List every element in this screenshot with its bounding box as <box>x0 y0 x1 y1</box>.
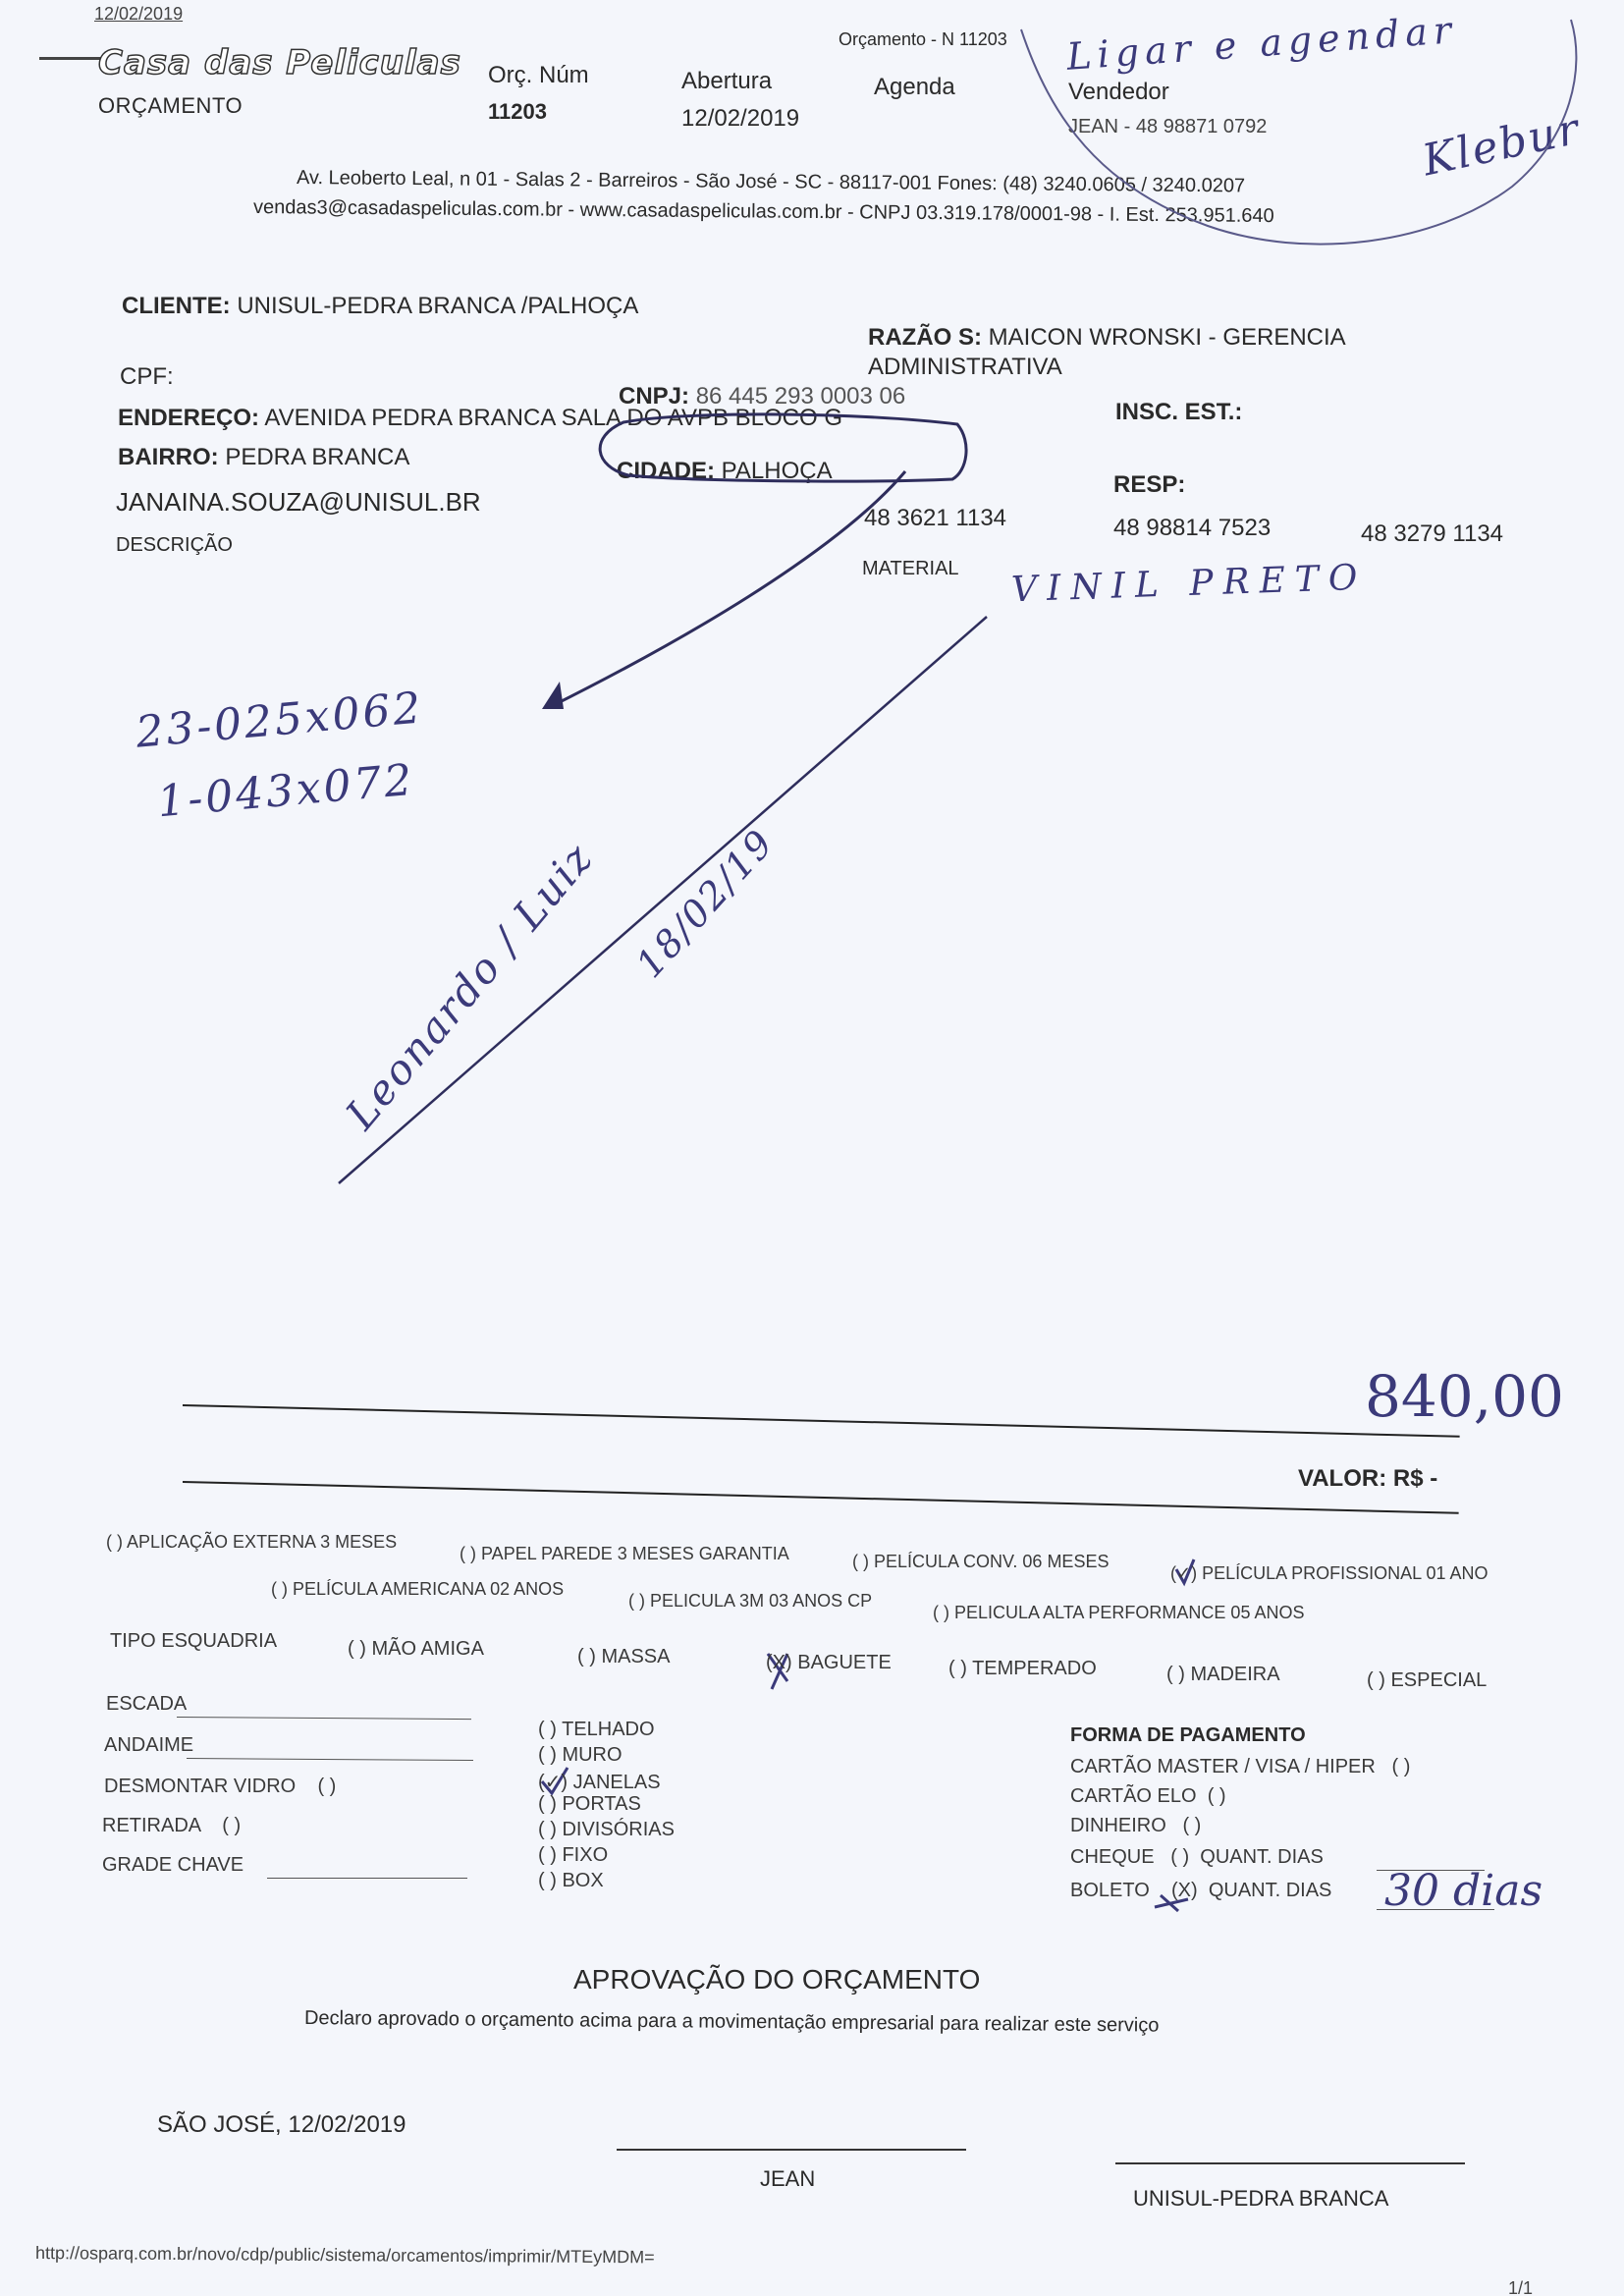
company-address: Av. Leoberto Leal, n 01 - Salas 2 - Barr… <box>297 167 1245 197</box>
option-portas[interactable]: ( ) PORTAS <box>538 1793 641 1816</box>
measurement-1: 23-025x062 <box>134 683 425 757</box>
option-label: APLICAÇÃO EXTERNA 3 MESES <box>127 1532 397 1552</box>
place-date: SÃO JOSÉ, 12/02/2019 <box>157 2111 406 2139</box>
checkbox-mark[interactable]: ( ) <box>1367 1669 1385 1691</box>
checkbox-mark[interactable]: ( ) <box>948 1658 967 1679</box>
payment-cartao-elo[interactable]: CARTÃO ELO ( ) <box>1070 1785 1226 1808</box>
option-label: PELÍCULA CONV. 06 MESES <box>874 1552 1109 1571</box>
orc-num-value: 11203 <box>488 99 547 125</box>
option-aplicacao-externa[interactable]: ( ) APLICAÇÃO EXTERNA 3 MESES <box>106 1532 397 1553</box>
option-label: PELICULA ALTA PERFORMANCE 05 ANOS <box>954 1603 1304 1622</box>
cidade-value: PALHOÇA <box>722 458 833 484</box>
payment-title: FORMA DE PAGAMENTO <box>1070 1724 1306 1747</box>
checkbox-mark[interactable]: ( ) <box>460 1544 476 1563</box>
option-label: PELICULA 3M 03 ANOS CP <box>650 1591 872 1611</box>
client-phone-3: 48 3279 1134 <box>1361 520 1503 548</box>
option-pelicula-profissional[interactable]: (✓) PELÍCULA PROFISSIONAL 01 ANO <box>1170 1563 1489 1584</box>
material-label: MATERIAL <box>862 558 959 580</box>
handwritten-note-name: Klebur <box>1418 104 1585 187</box>
option-label: MURO <box>562 1744 622 1766</box>
cliente-field: CLIENTE: UNISUL-PEDRA BRANCA /PALHOÇA <box>122 293 638 320</box>
installer-signature: Leonardo / Luiz <box>336 834 602 1138</box>
razao-value-cont: ADMINISTRATIVA <box>868 354 1062 381</box>
checkbox-mark[interactable]: ( ) <box>852 1552 869 1571</box>
option-muro[interactable]: ( ) MURO <box>538 1744 623 1767</box>
checkbox-mark[interactable]: ( ) <box>538 1870 557 1891</box>
payment-boleto[interactable]: BOLETO (X) QUANT. DIAS <box>1070 1880 1331 1902</box>
option-janelas[interactable]: (✓) JANELAS <box>538 1770 661 1794</box>
option-label: DIVISÓRIAS <box>562 1819 674 1840</box>
checkbox-mark[interactable]: ( ) <box>538 1719 557 1740</box>
checkbox-mark-checked[interactable]: (✓) <box>1170 1563 1197 1583</box>
option-especial[interactable]: ( ) ESPECIAL <box>1367 1669 1487 1692</box>
checkbox-mark[interactable]: ( ) <box>348 1638 366 1660</box>
cpf-label: CPF: <box>120 363 174 391</box>
cliente-label: CLIENTE: <box>122 293 231 319</box>
retirada-label: RETIRADA <box>102 1815 200 1836</box>
grade-chave-label: GRADE CHAVE <box>102 1854 244 1877</box>
checkbox-mark[interactable]: ( ) <box>538 1793 557 1815</box>
strike-mark <box>39 57 106 60</box>
option-label: TELHADO <box>562 1719 654 1740</box>
boleto-days-handwritten: 30 dias <box>1384 1866 1543 1916</box>
razao-value: MAICON WRONSKI - GERENCIA <box>989 324 1346 351</box>
document-type: ORÇAMENTO <box>98 93 243 119</box>
payment-cartao-master[interactable]: CARTÃO MASTER / VISA / HIPER ( ) <box>1070 1756 1410 1778</box>
signer-seller: JEAN <box>760 2166 815 2192</box>
checkbox-mark[interactable]: ( ) <box>317 1776 336 1797</box>
andaime-input-line[interactable] <box>187 1758 473 1761</box>
checkbox-mark[interactable]: ( ) <box>538 1819 557 1840</box>
orc-num-label: Orç. Núm <box>488 62 589 89</box>
option-madeira[interactable]: ( ) MADEIRA <box>1166 1664 1280 1686</box>
cidade-field: CIDADE: PALHOÇA <box>617 458 833 485</box>
cidade-label: CIDADE: <box>617 458 715 484</box>
budget-reference: Orçamento - N 11203 <box>839 29 1007 50</box>
option-label: PORTAS <box>562 1793 640 1815</box>
checkbox-mark[interactable]: ( ) <box>577 1646 596 1667</box>
option-label: ESPECIAL <box>1390 1669 1487 1691</box>
signature-date: 18/02/19 <box>627 821 783 986</box>
checkbox-mark[interactable]: ( ) <box>933 1603 949 1622</box>
checkbox-mark[interactable]: ( ) <box>1182 1815 1201 1836</box>
client-email: JANAINA.SOUZA@UNISUL.BR <box>116 487 481 518</box>
payment-label: BOLETO <box>1070 1880 1150 1901</box>
signature-line-client[interactable] <box>1115 2162 1465 2164</box>
option-pelicula-alta-performance[interactable]: ( ) PELICULA ALTA PERFORMANCE 05 ANOS <box>933 1603 1304 1623</box>
option-mao-amiga[interactable]: ( ) MÃO AMIGA <box>348 1638 484 1661</box>
bairro-value: PEDRA BRANCA <box>225 444 409 470</box>
cliente-value: UNISUL-PEDRA BRANCA /PALHOÇA <box>237 293 638 319</box>
andaime-label: ANDAIME <box>104 1734 193 1757</box>
payment-label: CARTÃO ELO <box>1070 1785 1197 1807</box>
escada-input-line[interactable] <box>177 1717 471 1720</box>
option-temperado[interactable]: ( ) TEMPERADO <box>948 1658 1097 1680</box>
desmontar-label: DESMONTAR VIDRO <box>104 1776 296 1797</box>
option-papel-parede[interactable]: ( ) PAPEL PAREDE 3 MESES GARANTIA <box>460 1544 789 1564</box>
option-label: PELÍCULA PROFISSIONAL 01 ANO <box>1202 1563 1488 1583</box>
escada-label: ESCADA <box>106 1693 187 1716</box>
checkbox-mark-checked[interactable]: (✓) <box>538 1772 568 1793</box>
option-divisorias[interactable]: ( ) DIVISÓRIAS <box>538 1819 675 1841</box>
quant-dias-label: QUANT. DIAS <box>1209 1880 1332 1901</box>
esquadria-label: TIPO ESQUADRIA <box>110 1630 277 1653</box>
option-pelicula-americana[interactable]: ( ) PELÍCULA AMERICANA 02 ANOS <box>271 1579 564 1600</box>
option-telhado[interactable]: ( ) TELHADO <box>538 1719 655 1741</box>
handwritten-amount: 840,00 <box>1365 1363 1564 1430</box>
quant-dias-label: QUANT. DIAS <box>1200 1846 1324 1868</box>
option-fixo[interactable]: ( ) FIXO <box>538 1844 608 1867</box>
checkbox-mark[interactable]: ( ) <box>1391 1756 1410 1777</box>
option-label: PAPEL PAREDE 3 MESES GARANTIA <box>481 1544 789 1563</box>
resp-label: RESP: <box>1113 471 1185 499</box>
payment-label: DINHEIRO <box>1070 1815 1166 1836</box>
print-date: 12/02/2019 <box>94 4 183 25</box>
insc-est-label: INSC. EST.: <box>1115 399 1242 426</box>
checkbox-mark[interactable]: ( ) <box>1170 1846 1189 1868</box>
payment-dinheiro[interactable]: DINHEIRO ( ) <box>1070 1815 1201 1837</box>
approval-title: APROVAÇÃO DO ORÇAMENTO <box>573 1964 980 1995</box>
company-contact: vendas3@casadaspeliculas.com.br - www.ca… <box>253 196 1274 228</box>
option-label: MADEIRA <box>1190 1664 1279 1685</box>
desmontar-vidro-field[interactable]: DESMONTAR VIDRO ( ) <box>104 1776 336 1798</box>
checkbox-mark[interactable]: ( ) <box>106 1532 123 1552</box>
measurement-2: 1-043x072 <box>155 755 416 828</box>
checkbox-mark[interactable]: ( ) <box>538 1744 557 1766</box>
option-baguete[interactable]: (X) BAGUETE <box>766 1652 892 1674</box>
checkbox-mark-checked[interactable]: (X) <box>766 1652 792 1673</box>
ink-annotations <box>0 0 1624 2296</box>
option-label: PELÍCULA AMERICANA 02 ANOS <box>293 1579 564 1599</box>
handwritten-note-schedule: Ligar e agendar <box>1065 8 1458 79</box>
razao-field: RAZÃO S: MAICON WRONSKI - GERENCIA <box>868 324 1346 352</box>
option-pelicula-3m[interactable]: ( ) PELICULA 3M 03 ANOS CP <box>628 1591 872 1612</box>
footer-url: http://osparq.com.br/novo/cdp/public/sis… <box>35 2243 655 2268</box>
razao-label: RAZÃO S: <box>868 324 982 351</box>
bairro-field: BAIRRO: PEDRA BRANCA <box>118 444 409 471</box>
option-label: BOX <box>562 1870 603 1891</box>
signer-client: UNISUL-PEDRA BRANCA <box>1133 2186 1388 2212</box>
payment-label: CHEQUE <box>1070 1846 1155 1868</box>
payment-cheque[interactable]: CHEQUE ( ) QUANT. DIAS <box>1070 1846 1324 1869</box>
client-phone-1: 48 3621 1134 <box>864 505 1006 532</box>
abertura-label: Abertura <box>681 68 772 95</box>
endereco-field: ENDEREÇO: AVENIDA PEDRA BRANCA SALA DO A… <box>118 405 842 432</box>
option-massa[interactable]: ( ) MASSA <box>577 1646 670 1668</box>
vendedor-value: JEAN - 48 98871 0792 <box>1068 116 1267 138</box>
option-label: BAGUETE <box>797 1652 892 1673</box>
option-label: JANELAS <box>573 1772 661 1793</box>
abertura-value: 12/02/2019 <box>681 105 799 133</box>
checkbox-mark[interactable]: ( ) <box>628 1591 645 1611</box>
company-logo: Casa das Peliculas <box>98 43 461 82</box>
option-label: FIXO <box>562 1844 608 1866</box>
approval-declaration: Declaro aprovado o orçamento acima para … <box>304 2007 1160 2038</box>
valor-label: VALOR: R$ - <box>1298 1465 1437 1493</box>
option-box[interactable]: ( ) BOX <box>538 1870 604 1892</box>
signature-line-seller[interactable] <box>617 2149 966 2151</box>
option-label: TEMPERADO <box>972 1658 1097 1679</box>
endereco-label: ENDEREÇO: <box>118 405 259 431</box>
value-line-2 <box>183 1481 1459 1514</box>
client-phone-2: 48 98814 7523 <box>1113 515 1271 542</box>
value-line-1 <box>183 1404 1460 1438</box>
agenda-label: Agenda <box>874 74 955 101</box>
option-pelicula-conv[interactable]: ( ) PELÍCULA CONV. 06 MESES <box>852 1552 1109 1572</box>
checkbox-mark[interactable]: ( ) <box>271 1579 288 1599</box>
option-label: MÃO AMIGA <box>371 1638 483 1660</box>
checkbox-mark[interactable]: ( ) <box>538 1844 557 1866</box>
material-handwritten: VINIL PRETO <box>1010 558 1368 611</box>
checkbox-mark-checked[interactable]: (X) <box>1171 1880 1198 1901</box>
checkbox-mark[interactable]: ( ) <box>222 1815 241 1836</box>
page-number: 1/1 <box>1508 2278 1533 2296</box>
option-label: MASSA <box>601 1646 670 1667</box>
checkbox-mark[interactable]: ( ) <box>1166 1664 1185 1685</box>
descricao-label: DESCRIÇÃO <box>116 534 233 557</box>
bairro-label: BAIRRO: <box>118 444 219 470</box>
vendedor-label: Vendedor <box>1068 79 1169 106</box>
endereco-value: AVENIDA PEDRA BRANCA SALA DO AVPB BLOCO … <box>264 405 842 431</box>
checkbox-mark[interactable]: ( ) <box>1208 1785 1226 1807</box>
grade-chave-input-line[interactable] <box>267 1878 467 1879</box>
payment-label: CARTÃO MASTER / VISA / HIPER <box>1070 1756 1376 1777</box>
retirada-field[interactable]: RETIRADA ( ) <box>102 1815 241 1837</box>
